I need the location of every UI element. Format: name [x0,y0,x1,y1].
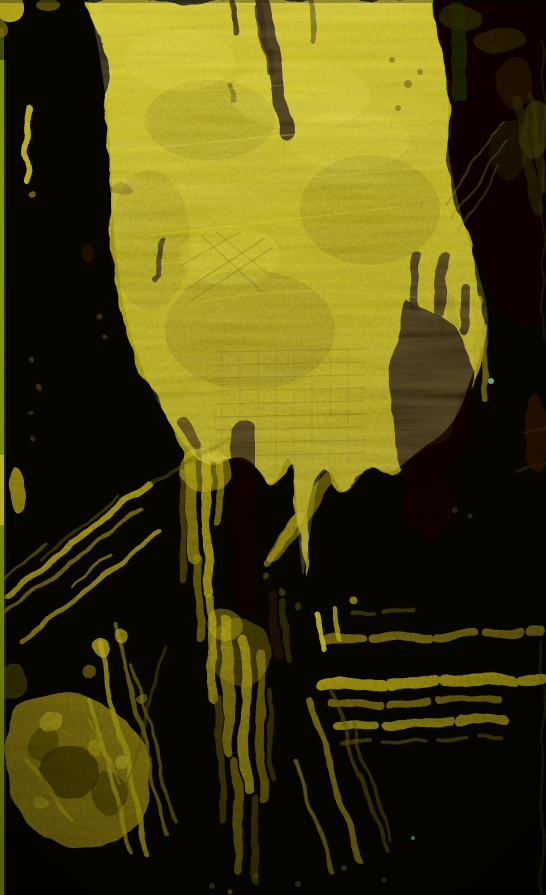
abstract-gold-painting-photo: Abstract close-up photograph of a painte… [0,0,546,895]
vignette [0,0,546,895]
painting-canvas: Gold paint macro detail [0,0,546,895]
